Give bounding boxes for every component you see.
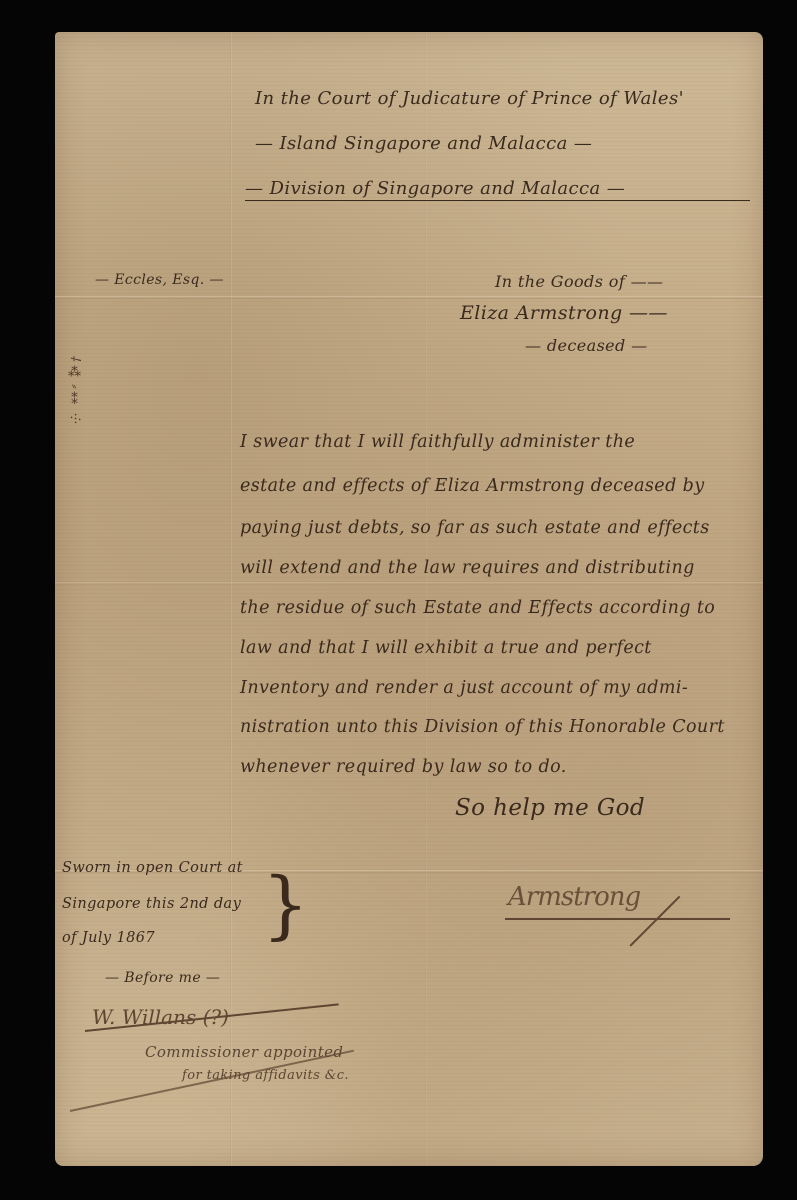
oath-line-2: estate and effects of Eliza Armstrong de… (240, 476, 760, 496)
oath-line-6: law and that I will exhibit a true and p… (240, 638, 760, 658)
oath-line-1: I swear that I will faithfully administe… (240, 432, 760, 452)
fold-line (230, 32, 232, 1166)
jurat-line-2: Singapore this 2nd day (62, 896, 241, 912)
solicitor-name: — Eccles, Esq. — (95, 272, 224, 288)
before-me: — Before me — (105, 970, 220, 986)
court-heading-line2: — Island Singapore and Malacca — (255, 133, 592, 154)
jurat-brace: } (262, 868, 309, 942)
oath-line-3: paying just debts, so far as such estate… (240, 518, 760, 538)
oath-line-4: will extend and the law requires and dis… (240, 558, 760, 578)
jurat-line-1: Sworn in open Court at (62, 860, 243, 876)
oath-line-7: Inventory and render a just account of m… (240, 678, 760, 698)
in-the-goods-of: In the Goods of —— (495, 272, 663, 291)
court-heading-line3: — Division of Singapore and Malacca — (245, 178, 750, 201)
margin-note: ⸸ ⁂ ⸗ ⁑ ⸭ (62, 355, 82, 505)
oath-line-8: nistration unto this Division of this Ho… (240, 717, 760, 737)
deceased-name: Eliza Armstrong —— (460, 302, 668, 324)
oath-line-5: the residue of such Estate and Effects a… (240, 598, 760, 618)
deceased-label: — deceased — (525, 336, 648, 355)
oath-line-9: whenever required by law so to do. (240, 757, 760, 777)
closing-phrase: So help me God (455, 795, 645, 821)
fold-line (55, 582, 763, 585)
signature-underline (505, 918, 730, 920)
fold-line (55, 296, 763, 299)
court-heading-line1: In the Court of Judicature of Prince of … (255, 88, 684, 109)
jurat-line-3: of July 1867 (62, 930, 155, 946)
deponent-signature: Armstrong (508, 882, 640, 912)
